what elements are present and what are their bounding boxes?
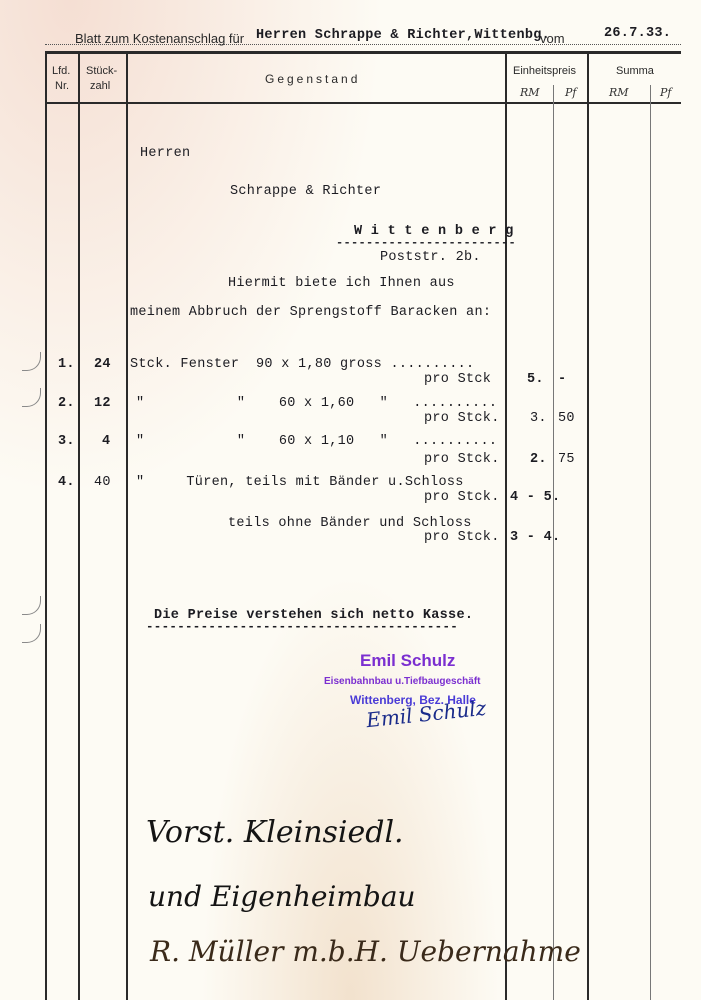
item-unit: pro Stck.: [424, 530, 500, 545]
item-qty: 4: [102, 434, 110, 449]
item-unit: pro Stck.: [424, 452, 500, 467]
address-street: Poststr. 2b.: [380, 250, 481, 265]
item-price-rm: 5.: [527, 372, 544, 387]
punch-hole-mark: [22, 624, 41, 643]
item-qty: 24: [94, 357, 111, 372]
item-desc: " Türen, teils mit Bänder u.Schloss: [136, 475, 464, 490]
col-sub-pf-2: Pf: [660, 86, 671, 99]
item-unit: pro Stck: [424, 372, 491, 387]
address-company: Schrappe & Richter: [230, 184, 381, 199]
table-top-border: [45, 51, 681, 54]
header-date: 26.7.33.: [604, 26, 671, 41]
item-unit: pro Stck.: [424, 490, 500, 505]
item-nr: 3.: [58, 434, 75, 449]
item-price-rm: 4 - 5.: [510, 490, 560, 505]
table-header-bottom: [45, 102, 681, 104]
handwritten-line-1: Vorst. Kleinsiedl.: [146, 815, 404, 850]
intro-line-2: meinem Abbruch der Sprengstoff Baracken …: [130, 305, 491, 320]
item-nr: 2.: [58, 396, 75, 411]
col-sub-rm-2: RM: [609, 86, 629, 99]
item-qty: 12: [94, 396, 111, 411]
table-left-border: [45, 52, 47, 1000]
item-desc: teils ohne Bänder und Schloss: [228, 516, 472, 531]
terms-underline: ----------------------------------------: [146, 620, 458, 634]
item-unit: pro Stck.: [424, 411, 500, 426]
date-label: vom: [540, 31, 565, 46]
item-nr: 4.: [58, 475, 75, 490]
handwritten-line-3: R. Müller m.b.H. Uebernahme: [150, 935, 581, 968]
col-header-einheitspreis: Einheitspreis: [513, 65, 576, 77]
item-price-rm: 3.: [530, 411, 547, 426]
col-divider-summa-pf: [650, 85, 651, 1000]
stamp-business: Eisenbahnbau u.Tiefbaugeschäft: [324, 676, 481, 687]
address-salutation: Herren: [140, 146, 190, 161]
col-header-zahl: zahl: [90, 80, 110, 92]
col-sub-pf-1: Pf: [565, 86, 576, 99]
col-divider-stueck: [126, 52, 128, 1000]
intro-line-1: Hiermit biete ich Ihnen aus: [228, 276, 455, 291]
item-price-pf: 50: [558, 411, 575, 426]
item-desc: Stck. Fenster 90 x 1,80 gross ..........: [130, 357, 474, 372]
item-price-pf: -: [558, 372, 566, 387]
col-divider-gegenstand: [505, 52, 507, 1000]
stamp-name: Emil Schulz: [360, 651, 455, 671]
item-price-rm: 3 - 4.: [510, 530, 560, 545]
col-divider-lfd: [78, 52, 80, 1000]
document-page: Blatt zum Kostenanschlag für Herren Schr…: [0, 0, 701, 1000]
form-label: Blatt zum Kostenanschlag für: [75, 31, 244, 46]
col-header-nr: Nr.: [55, 80, 69, 92]
item-price-rm: 2.: [530, 452, 547, 467]
item-desc: " " 60 x 1,10 " ..........: [136, 434, 497, 449]
punch-hole-mark: [22, 352, 41, 371]
item-qty: 40: [94, 475, 111, 490]
item-price-pf: 75: [558, 452, 575, 467]
col-divider-summa: [587, 52, 589, 1000]
item-nr: 1.: [58, 357, 75, 372]
col-header-summa: Summa: [616, 65, 654, 77]
col-header-gegenstand: Gegenstand: [265, 72, 360, 86]
address-city-underline: ------------------------: [336, 236, 516, 250]
punch-hole-mark: [22, 388, 41, 407]
col-header-stueck: Stück-: [86, 65, 117, 77]
col-sub-rm-1: RM: [520, 86, 540, 99]
handwritten-line-2: und Eigenheimbau: [148, 880, 416, 913]
punch-hole-mark: [22, 596, 41, 615]
header-recipient: Herren Schrappe & Richter,Wittenbg.: [256, 28, 550, 43]
col-header-lfd: Lfd.: [52, 65, 70, 77]
item-desc: " " 60 x 1,60 " ..........: [136, 396, 497, 411]
